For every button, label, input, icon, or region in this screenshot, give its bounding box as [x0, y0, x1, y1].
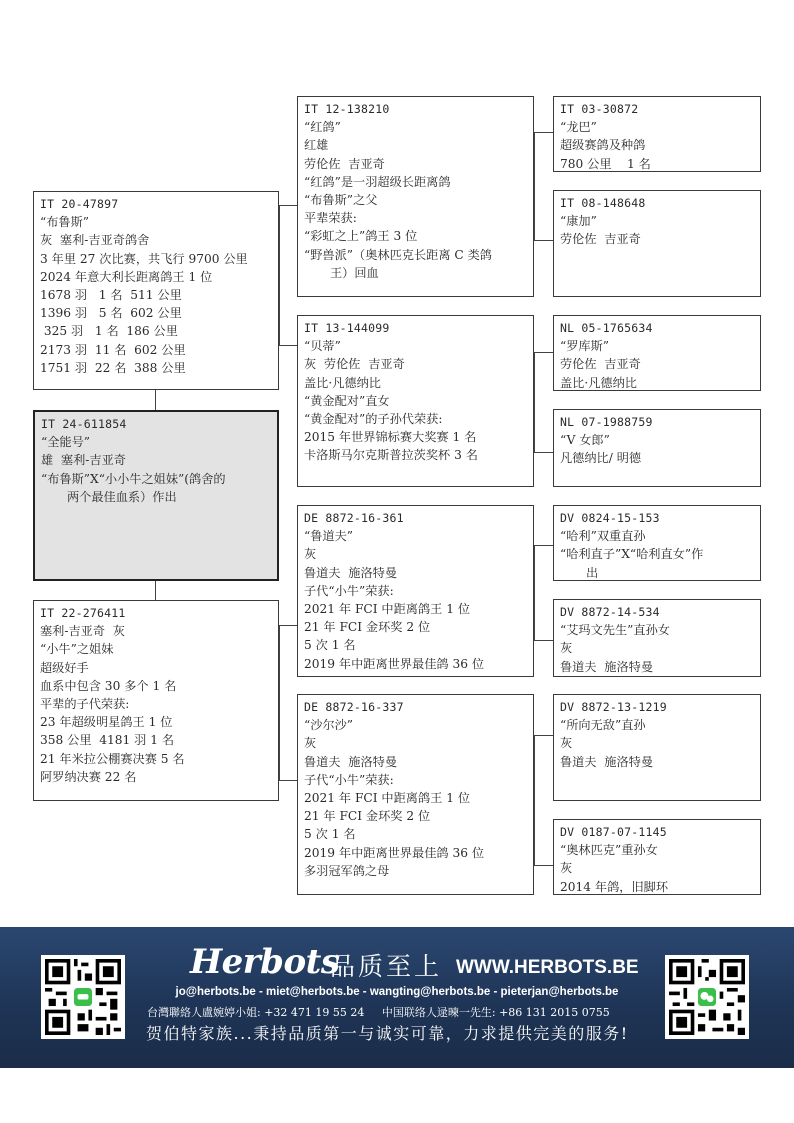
pigeon-name: “龙巴”	[560, 118, 754, 136]
pigeon-name: “贝蒂”	[304, 337, 527, 355]
connector-sire-subject	[155, 390, 156, 410]
detail-line: 325 羽 1 名 186 公里	[40, 322, 272, 340]
qr-code-icon	[669, 959, 745, 1035]
ring-number: IT 08-148648	[560, 194, 754, 212]
detail-line: 血系中包含 30 多个 1 名	[40, 677, 272, 695]
ring-number: NL 07-1988759	[560, 413, 754, 431]
pedigree-box-ds-dam: DV 8872-14-534 “艾玛文先生”直孙女 灰 鲁道夫 施洛特曼	[553, 599, 761, 677]
detail-line: 平辈的子代荣获:	[40, 695, 272, 713]
detail-line: 23 年超级明星鸽王 1 位	[40, 713, 272, 731]
connector-ds-h2	[534, 640, 553, 641]
connector-ss-h1	[534, 132, 553, 133]
pigeon-name: “全能号”	[41, 433, 271, 451]
detail-line: 2014 年鸽，旧脚环	[560, 878, 754, 896]
detail-line: 5 次 1 名	[304, 636, 527, 654]
detail-line: 21 年米拉公棚赛决赛 5 名	[40, 750, 272, 768]
connector-dd-h1	[534, 735, 553, 736]
pigeon-name: “罗库斯”	[560, 337, 754, 355]
motto: 贺伯特家族...秉持品质第一与诚实可靠，力求提供完美的服务!	[146, 1021, 629, 1044]
pigeon-name: “哈利”双重直孙	[560, 527, 754, 545]
detail-line: 鲁道夫 施洛特曼	[304, 564, 527, 582]
pedigree-box-sd-sire: NL 05-1765634 “罗库斯” 劳伦佐 吉亚奇 盖比·凡德纳比	[553, 315, 761, 391]
brand-logo: Herbots	[190, 942, 339, 982]
detail-line: 王）回血	[304, 264, 527, 282]
ring-number: IT 12-138210	[304, 100, 527, 118]
pedigree-box-sd-dam: NL 07-1988759 “V 女郎” 凡德纳比/ 明德	[553, 409, 761, 487]
ring-number: IT 13-144099	[304, 319, 527, 337]
connector-dam-to-grandparents	[279, 625, 280, 780]
pedigree-box-subject: IT 24-611854 “全能号” 雄 塞利-吉亚奇 “布鲁斯”X“小小牛之姐…	[33, 410, 279, 581]
detail-line: 1751 羽 22 名 388 公里	[40, 359, 272, 377]
detail-line: 平辈荣获:	[304, 209, 527, 227]
detail-line: 灰 塞利-吉亚奇鸽舍	[40, 231, 272, 249]
pigeon-name: “V 女郎”	[560, 431, 754, 449]
connector-dam-h2	[279, 780, 297, 781]
ring-number: DV 0187-07-1145	[560, 823, 754, 841]
pigeon-name: “鲁道夫”	[304, 527, 527, 545]
ring-number: DV 0824-15-153	[560, 509, 754, 527]
connector-sd-v	[534, 352, 535, 452]
detail-line: 子代“小牛”荣获:	[304, 771, 527, 789]
detail-line: 两个最佳血系）作出	[41, 488, 271, 506]
connector-subject-dam	[155, 581, 156, 600]
pedigree-box-dd-sire: DV 8872-13-1219 “所向无敌”直孙 灰 鲁道夫 施洛特曼	[553, 694, 761, 801]
detail-line: “彩虹之上”鸽王 3 位	[304, 227, 527, 245]
detail-line: 劳伦佐 吉亚奇	[304, 155, 527, 173]
ring-number: DV 8872-14-534	[560, 603, 754, 621]
detail-line: 3 年里 27 次比赛，共飞行 9700 公里	[40, 250, 272, 268]
detail-line: 2021 年 FCI 中距离鸽王 1 位	[304, 600, 527, 618]
connector-dam-h1	[279, 625, 297, 626]
detail-line: “黄金配对”直女	[304, 392, 527, 410]
pigeon-name: “小牛”之姐妹	[40, 640, 272, 658]
detail-line: 多羽冠军鸽之母	[304, 862, 527, 880]
connector-sire-h1	[279, 205, 297, 206]
detail-line: 2173 羽 11 名 602 公里	[40, 341, 272, 359]
connector-sd-h2	[534, 452, 553, 453]
website-link[interactable]: WWW.HERBOTS.BE	[456, 957, 639, 979]
detail-line: 盖比·凡德纳比	[304, 374, 527, 392]
detail-line: 2019 年中距离世界最佳鸽 36 位	[304, 844, 527, 862]
pigeon-name: “布鲁斯”	[40, 213, 272, 231]
detail-line: 凡德纳比/ 明德	[560, 449, 754, 467]
pigeon-name: “沙尔沙”	[304, 716, 527, 734]
footer-banner: Herbots 品质至上 WWW.HERBOTS.BE jo@herbots.b…	[0, 927, 794, 1068]
connector-sire-h2	[279, 345, 297, 346]
detail-line: “红鸽”是一羽超级长距离鸽	[304, 173, 527, 191]
detail-line: 灰 劳伦佐 吉亚奇	[304, 355, 527, 373]
detail-line: 780 公里 1 名	[560, 155, 754, 173]
detail-line: 灰	[560, 639, 754, 657]
ring-number: DE 8872-16-337	[304, 698, 527, 716]
detail-line: 1678 羽 1 名 511 公里	[40, 286, 272, 304]
ring-number: IT 20-47897	[40, 195, 272, 213]
pigeon-name: “所向无敌”直孙	[560, 716, 754, 734]
detail-line: 358 公里 4181 羽 1 名	[40, 731, 272, 749]
detail-line: 超级好手	[40, 659, 272, 677]
pedigree-box-dam-sire: DE 8872-16-361 “鲁道夫” 灰 鲁道夫 施洛特曼 子代“小牛”荣获…	[297, 505, 534, 677]
detail-line: 2015 年世界锦标赛大奖赛 1 名	[304, 428, 527, 446]
detail-line: 灰	[304, 545, 527, 563]
pedigree-box-dam-dam: DE 8872-16-337 “沙尔沙” 灰 鲁道夫 施洛特曼 子代“小牛”荣获…	[297, 694, 534, 895]
pigeon-name: “红鸽”	[304, 118, 527, 136]
detail-line: 5 次 1 名	[304, 825, 527, 843]
detail-line: 阿罗纳决赛 22 名	[40, 768, 272, 786]
connector-ds-v	[534, 545, 535, 640]
pedigree-box-ss-sire: IT 03-30872 “龙巴” 超级赛鸽及种鸽 780 公里 1 名	[553, 96, 761, 172]
detail-line: 21 年 FCI 金环奖 2 位	[304, 807, 527, 825]
detail-line: 2021 年 FCI 中距离鸽王 1 位	[304, 789, 527, 807]
detail-line: 2019 年中距离世界最佳鸽 36 位	[304, 655, 527, 673]
pigeon-name: “奥林匹克”重孙女	[560, 841, 754, 859]
pigeon-name: “艾玛文先生”直孙女	[560, 621, 754, 639]
detail-line: 21 年 FCI 金环奖 2 位	[304, 618, 527, 636]
detail-line: 灰	[560, 859, 754, 877]
detail-line: “哈利直子”X“哈利直女”作	[560, 545, 754, 563]
ring-number: DE 8872-16-361	[304, 509, 527, 527]
detail-line: 出	[560, 564, 754, 582]
connector-dd-v	[534, 735, 535, 865]
connector-ds-h1	[534, 545, 553, 546]
pedigree-box-sire-dam: IT 13-144099 “贝蒂” 灰 劳伦佐 吉亚奇 盖比·凡德纳比 “黄金配…	[297, 315, 534, 487]
detail-line: 超级赛鸽及种鸽	[560, 136, 754, 154]
connector-dd-h2	[534, 865, 553, 866]
ring-number: DV 8872-13-1219	[560, 698, 754, 716]
detail-line: 灰	[304, 734, 527, 752]
detail-line: “野兽派”（奥林匹克长距离 C 类鸽	[304, 246, 527, 264]
detail-line: 鲁道夫 施洛特曼	[304, 753, 527, 771]
detail-line: 劳伦佐 吉亚奇	[560, 230, 754, 248]
connector-ss-h2	[534, 240, 553, 241]
connector-sd-h1	[534, 352, 553, 353]
detail-line: 2024 年意大利长距离鸽王 1 位	[40, 268, 272, 286]
pedigree-box-sire-sire: IT 12-138210 “红鸽” 红雄 劳伦佐 吉亚奇 “红鸽”是一羽超级长距…	[297, 96, 534, 297]
slogan: 品质至上	[330, 947, 442, 983]
qr-code-wechat[interactable]	[665, 955, 749, 1039]
pigeon-name: “康加”	[560, 212, 754, 230]
detail-line: “布鲁斯”X“小小牛之姐妹”(鸽舍的	[41, 470, 271, 488]
pedigree-box-ss-dam: IT 08-148648 “康加” 劳伦佐 吉亚奇	[553, 190, 761, 297]
detail-line: 盖比·凡德纳比	[560, 374, 754, 392]
detail-line: 塞利-吉亚奇 灰	[40, 622, 272, 640]
ring-number: NL 05-1765634	[560, 319, 754, 337]
pedigree-box-sire: IT 20-47897 “布鲁斯” 灰 塞利-吉亚奇鸽舍 3 年里 27 次比赛…	[33, 191, 279, 390]
pedigree-box-dd-dam: DV 0187-07-1145 “奥林匹克”重孙女 灰 2014 年鸽，旧脚环	[553, 819, 761, 895]
ring-number: IT 03-30872	[560, 100, 754, 118]
ring-number: IT 24-611854	[41, 415, 271, 433]
detail-line: 劳伦佐 吉亚奇	[560, 355, 754, 373]
detail-line: 卡洛斯马尔克斯普拉茨奖杯 3 名	[304, 446, 527, 464]
detail-line: “黄金配对”的子孙代荣获:	[304, 410, 527, 428]
detail-line: 子代“小牛”荣获:	[304, 582, 527, 600]
detail-line: “布鲁斯”之父	[304, 191, 527, 209]
detail-line: 鲁道夫 施洛特曼	[560, 658, 754, 676]
detail-line: 红雄	[304, 136, 527, 154]
pedigree-box-dam: IT 22-276411 塞利-吉亚奇 灰 “小牛”之姐妹 超级好手 血系中包含…	[33, 600, 279, 801]
detail-line: 灰	[560, 734, 754, 752]
connector-sire-to-grandparents	[279, 205, 280, 345]
connector-ss-v	[534, 132, 535, 240]
ring-number: IT 22-276411	[40, 604, 272, 622]
contact-phones: 台灣聯絡人盧婉婷小姐: +32 471 19 55 24 中国联络人逯暕一先生:…	[147, 1004, 610, 1020]
detail-line: 鲁道夫 施洛特曼	[560, 753, 754, 771]
detail-line: 雄 塞利-吉亚奇	[41, 451, 271, 469]
detail-line: 1396 羽 5 名 602 公里	[40, 304, 272, 322]
pedigree-box-ds-sire: DV 0824-15-153 “哈利”双重直孙 “哈利直子”X“哈利直女”作 出	[553, 505, 761, 581]
